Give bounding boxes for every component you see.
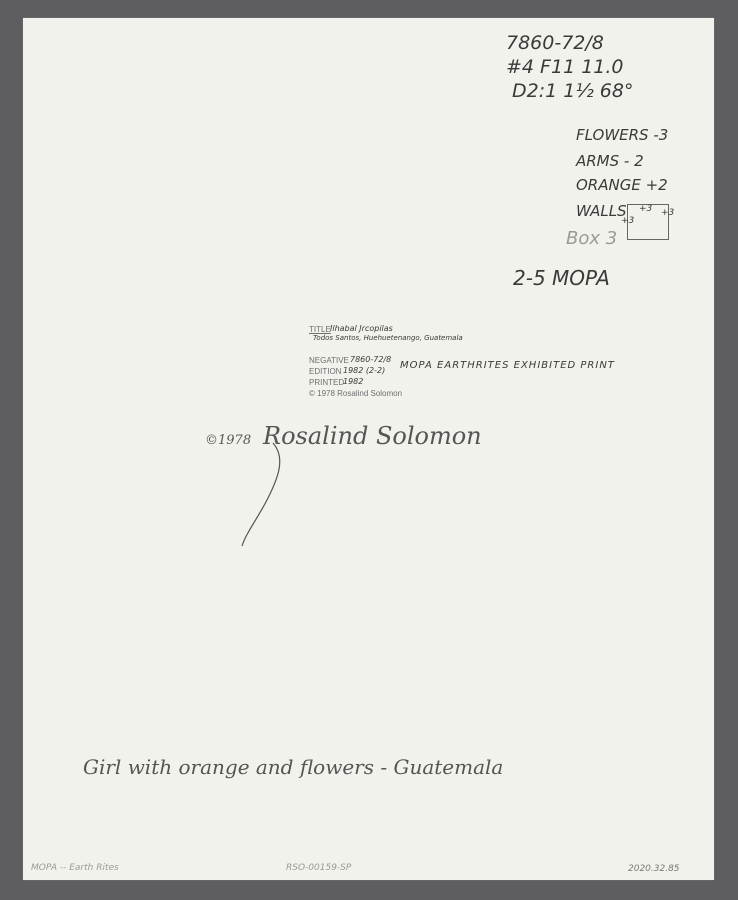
box-mark-left: +3 [621,216,634,226]
box-mark-top: +3 [639,204,652,214]
orange-note: ORANGE +2 [576,176,668,194]
box-mark-right: +3 [661,208,674,218]
footer-catalog-number: RSO-00159-SP [286,863,351,873]
stamp-printed-label: PRINTED [309,378,344,387]
negative-number-note: 7860-72/8 [506,32,604,54]
footer-collection: MOPA -- Earth Rites [31,863,119,873]
arms-note: ARMS - 2 [576,152,644,170]
exposure-note: #4 F11 11.0 [506,56,624,78]
mopa-note: 2-5 MOPA [513,266,610,290]
stamp-title-label: TITLE [309,325,331,334]
flowers-note: FLOWERS -3 [576,126,668,144]
stamp-copyright: © 1978 Rosalind Solomon [309,389,402,398]
signature-flourish [238,438,298,548]
footer-accession-number: 2020.32.85 [628,864,680,874]
stamp-edition-value: 1982 (2-2) [343,366,385,375]
stamp-negative-value: 7860-72/8 [350,355,391,364]
stamp-printed-value: 1982 [343,377,363,386]
developer-note: D2:1 1½ 68° [512,80,633,102]
photo-print-verso: 7860-72/8 #4 F11 11.0 D2:1 1½ 68° FLOWER… [23,18,714,880]
stamp-title-value: Ilhabal Jrcopilas [330,324,393,333]
exhibited-print-note: MOPA EARTHRITES EXHIBITED PRINT [400,360,615,371]
box-label: Box 3 [566,228,617,249]
stamp-edition-label: EDITION [309,367,341,376]
stamp-title-location: Todos Santos, Huehuetenango, Guatemala [313,334,463,342]
stamp-negative-label: NEGATIVE [309,356,349,365]
caption: Girl with orange and flowers - Guatemala [83,755,503,779]
walls-note: WALLS [576,202,627,220]
